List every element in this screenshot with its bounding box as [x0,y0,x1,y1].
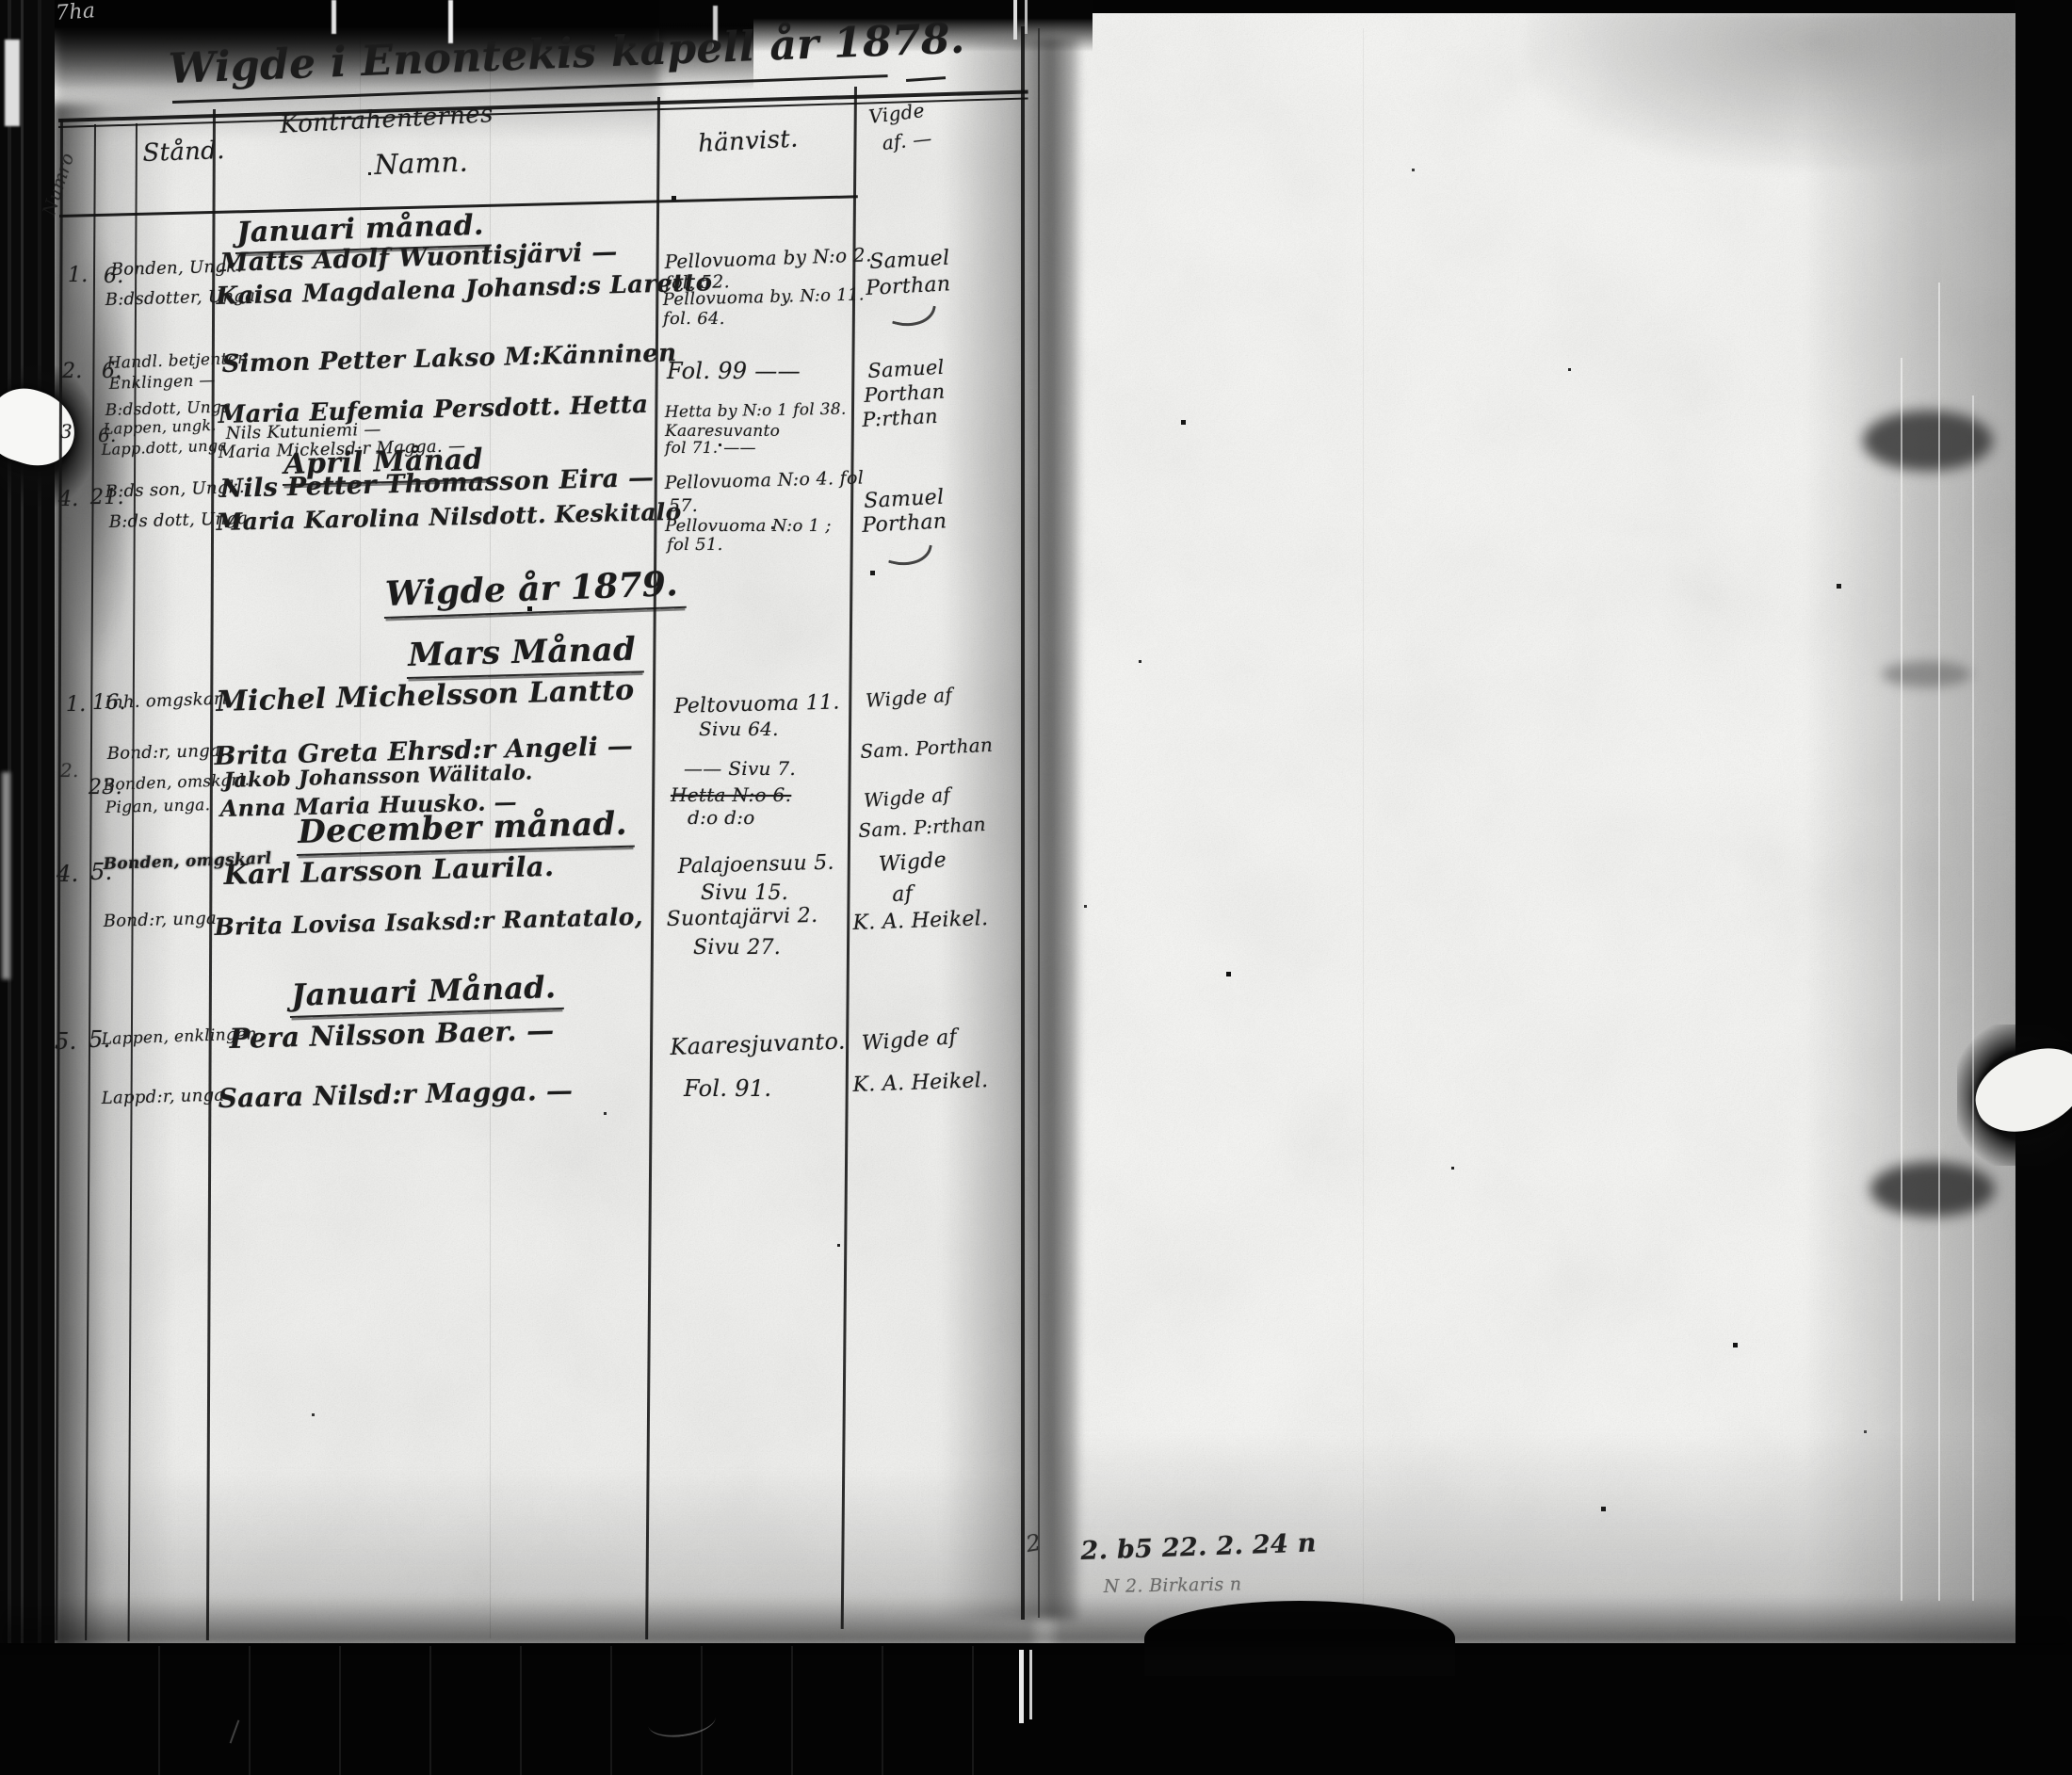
bride-status: Pigan, unga. [105,796,210,817]
artifact-line-6 [1363,28,1364,1610]
bride-status: Lappd:r, unga [101,1086,224,1108]
reference-line: Fol. 99 —— [667,358,801,384]
bottom-edge-shadow [0,1596,2072,1645]
row-number: 2. [62,360,83,383]
reference-line: 57. [669,495,698,516]
reference-line: Hetta N:o 6. [671,783,791,806]
officiant-line: Samuel [867,356,945,382]
right-edge-dark-bar-2 [1870,1162,1995,1217]
section-heading-jan-1880: Januari Månad. [289,969,564,1018]
top-binding-white-line-1 [1013,0,1017,40]
reference-line: Sivu 15. [701,881,788,905]
row-number: 5. [55,1028,77,1055]
officiant-line: Porthan [862,509,947,538]
groom-status-2: Enklingen — [108,371,216,394]
reference-line: Suontajärvi 2. [666,904,817,931]
reference-line: Fol. 91. [684,1075,771,1102]
reference-line: Peltovuoma 11. [673,690,840,718]
top-white-tick-1 [332,0,336,34]
bride-status: Bond:r, unga. [106,741,226,764]
ink-specks [0,0,1,1]
row-number: 2. [60,759,79,782]
top-binding-white-line-2 [1025,0,1028,34]
right-edge-dark-bar-3 [1882,661,1971,687]
bottom-binding-white-line-2 [1029,1650,1032,1719]
section-heading-mar-1879: Mars Månad [406,630,644,679]
left-edge-white-sliver [5,40,20,126]
officiant-line: K. A. Heikel. [852,1069,989,1097]
row-number: 4. [58,488,79,511]
right-black-strip [2015,0,2072,1775]
column-header-names-2: Namn. [374,146,469,181]
officiant-line: Samuel [869,247,950,274]
reference-line: Pellovuoma N:o 1 ; [665,516,832,536]
row-number: 4. [57,861,79,887]
binding-fold-line-2 [1038,28,1040,1618]
binding-fold-line-1 [1021,26,1025,1620]
artifact-line-5 [1972,395,1974,1601]
reference-line: fol 71. —— [665,439,756,458]
corner-mark: 7ha [55,0,96,25]
column-header-reference: hänvist. [697,124,799,158]
officiant-line: af [892,882,914,907]
officiant-line: K. A. Heikel. [852,907,989,935]
reference-line: Palajoensuu 5. [677,851,834,879]
column-header-stand: Stånd. [142,137,225,168]
officiant-line: Wigde [878,848,947,877]
reference-line: Kaaresuvanto [665,422,780,441]
bottom-binding-white-line-1 [1019,1650,1024,1723]
reference-line: fol 51. [667,535,723,555]
bottom-scribble-2: N 2. Birkaris n [1104,1573,1242,1597]
artifact-line-4 [1938,282,1940,1601]
row-number: 1. [66,693,87,717]
scanned-register-page: 7ha Wigde i Enontekis kapell år 1878. Nu… [0,0,2072,1775]
left-edge-gray-streak [2,772,10,979]
reference-line: Sivu 27. [693,936,781,960]
bride-status: Bond:r, unga. [103,909,222,931]
officiant-line: Porthan [864,380,946,407]
reference-line: Sivu 64. [699,718,779,740]
officiant-line: P:rthan [862,405,939,431]
officiant-line: Porthan [866,272,951,300]
row-number: 1. [68,264,89,287]
reference-line: fol. 64. [663,309,725,329]
reference-line: Hetta by N:o 1 fol 38. [665,400,847,422]
reference-line: d:o d:o [688,806,755,829]
artifact-line-3 [1901,358,1902,1601]
bottom-band-streaks [94,1646,1036,1775]
officiant-line: Samuel [864,486,945,513]
row-number: 3. [60,420,79,443]
reference-line: —— Sivu 7. [684,757,796,780]
